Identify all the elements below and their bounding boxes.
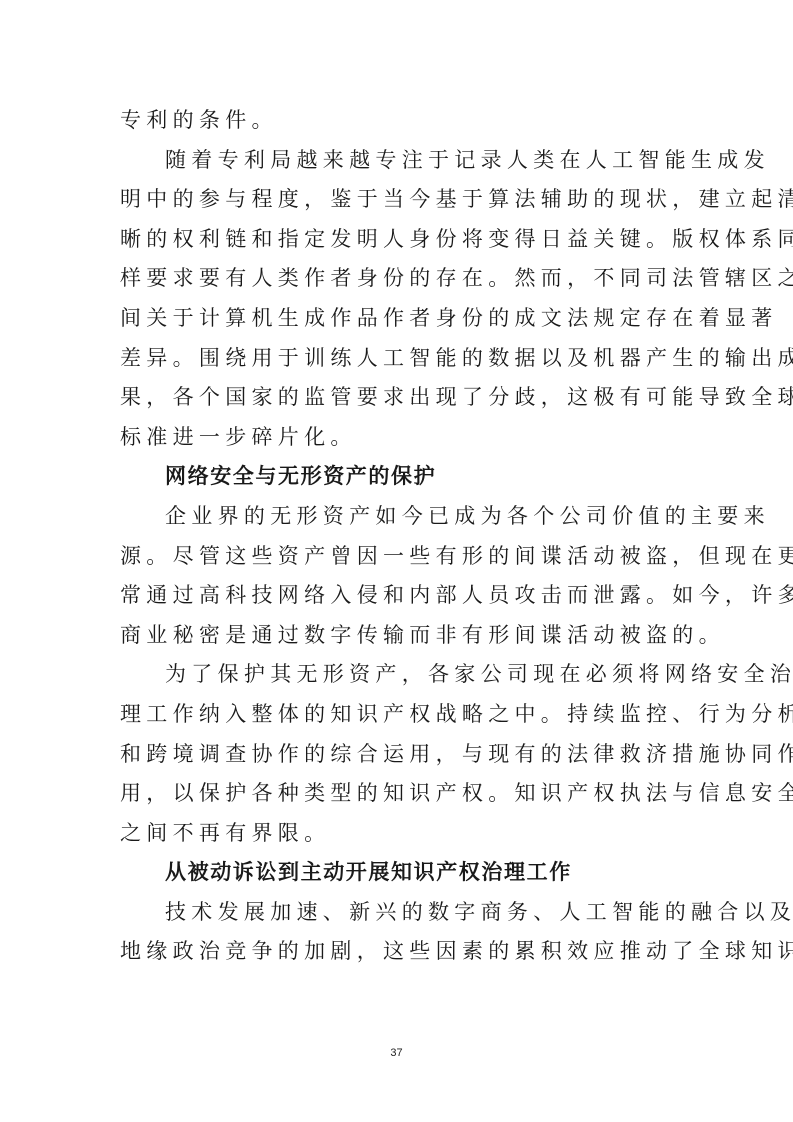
paragraph-line: 标准进一步碎片化。: [120, 418, 676, 458]
document-page-body: 专利的条件。 随着专利局越来越专注于记录人类在人工智能生成发 明中的参与程度，鉴…: [120, 101, 676, 972]
paragraph-line: 明中的参与程度，鉴于当今基于算法辅助的现状，建立起清: [120, 180, 676, 220]
paragraph-line: 和跨境调查协作的综合运用，与现有的法律救济措施协同作: [120, 735, 676, 775]
page-number: 37: [0, 1047, 793, 1059]
paragraph-line: 地缘政治竞争的加剧，这些因素的累积效应推动了全球知识: [120, 932, 676, 972]
paragraph-line: 源。尽管这些资产曾因一些有形的间谍活动被盗，但现在更: [120, 537, 676, 577]
paragraph-line: 果，各个国家的监管要求出现了分歧，这极有可能导致全球: [120, 378, 676, 418]
paragraph-line: 常通过高科技网络入侵和内部人员攻击而泄露。如今，许多: [120, 576, 676, 616]
paragraph-line: 企业界的无形资产如今已成为各个公司价值的主要来: [120, 497, 676, 537]
paragraph-line: 之间不再有界限。: [120, 814, 676, 854]
paragraph-line: 随着专利局越来越专注于记录人类在人工智能生成发: [120, 141, 676, 181]
paragraph-line: 商业秘密是通过数字传输而非有形间谍活动被盗的。: [120, 616, 676, 656]
paragraph-line: 间关于计算机生成作品作者身份的成文法规定存在着显著: [120, 299, 676, 339]
section-heading: 网络安全与无形资产的保护: [120, 457, 676, 497]
paragraph-line: 为了保护其无形资产，各家公司现在必须将网络安全治: [120, 655, 676, 695]
paragraph-line: 差异。围绕用于训练人工智能的数据以及机器产生的输出成: [120, 339, 676, 379]
paragraph-line: 用，以保护各种类型的知识产权。知识产权执法与信息安全: [120, 774, 676, 814]
paragraph-line: 理工作纳入整体的知识产权战略之中。持续监控、行为分析: [120, 695, 676, 735]
section-heading: 从被动诉讼到主动开展知识产权治理工作: [120, 853, 676, 893]
paragraph-line: 样要求要有人类作者身份的存在。然而，不同司法管辖区之: [120, 259, 676, 299]
paragraph-line: 专利的条件。: [120, 101, 676, 141]
paragraph-line: 晰的权利链和指定发明人身份将变得日益关键。版权体系同: [120, 220, 676, 260]
paragraph-line: 技术发展加速、新兴的数字商务、人工智能的融合以及: [120, 893, 676, 933]
